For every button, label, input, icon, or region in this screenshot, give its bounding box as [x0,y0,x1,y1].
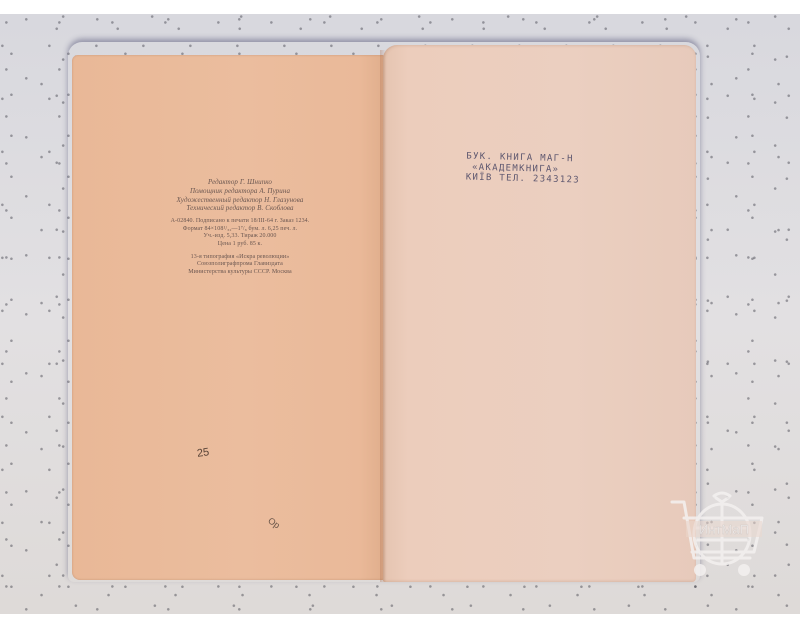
credit-art-editor: Художественный редактор Н. Глазунова [150,196,330,205]
credit-assistant-editor: Помощник редактора А. Пурина [150,187,330,196]
book-gutter [380,50,386,582]
credit-technical-editor: Технический редактор В. Скоблова [150,204,330,213]
printer-info: 13-я типография «Искра революции» Союзпо… [150,254,330,277]
printer-line: Министерства культуры СССР. Москва [150,269,330,277]
imprint-block: Редактор Г. Шнипко Помощник редактора А.… [150,178,330,281]
handwritten-page-number: 25 [196,446,210,460]
print-detail-line: А-02840. Подписано к печати 18/III-64 г.… [150,218,330,226]
credits: Редактор Г. Шнипко Помощник редактора А.… [150,178,330,213]
bookshop-stamp: БУК. КНИГА МАГ-Н «АКАДЕМКНИГА» КИЇВ ТЕЛ.… [466,152,581,186]
print-detail-line: Уч.-изд. 5,33. Тираж 20.000 [150,233,330,241]
print-detail-line: Цена 1 руб. 85 к. [150,241,330,249]
print-detail-line: Формат 84×108¹/₃₂—1⁷/₈ бум. л. 6,25 печ.… [150,226,330,234]
print-details: А-02840. Подписано к печати 18/III-64 г.… [150,218,330,248]
shopping-cart-globe-icon: ИнтМаП [670,488,770,588]
watermark-text: ИнтМаП [699,522,749,537]
left-page [72,55,384,580]
right-page [383,45,696,582]
credit-editor: Редактор Г. Шнипко [150,178,330,187]
printer-line: Союзполиграфпрома Главиздата [150,261,330,269]
